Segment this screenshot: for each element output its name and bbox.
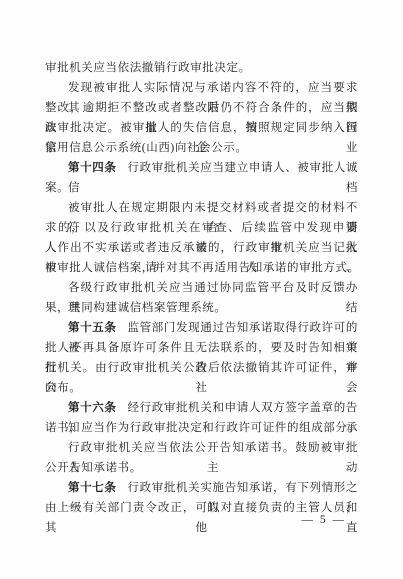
text-line: 第十四条行政审批机关应当建立申请人、被审批人诚信档 [45,158,358,178]
text-line: 第十六条经行政审批机关和申请人双方签字盖章的告知承 [45,398,358,418]
text-line: 行政审批机关应当依法公开告知承诺书。鼓励被审批人主动 [45,438,358,458]
article-number: 第十七条 [68,482,117,494]
text-line: 发现被审批人实际情况与承诺内容不符的，应当要求其限期 [45,78,358,98]
article-number: 第十四条 [68,162,117,174]
text-line: 审批机关应当依法撤销行政审批决定。 [45,58,358,78]
text-line: 人作出不实承诺或者违反承诺的，行政审批机关应当记入申请人、 [45,238,358,258]
text-line: 批人不再具备原许可条件且无法联系的，要及时告知相关行政审 [45,338,358,358]
text-line: 政审批决定。被审批人的失信信息，按照规定同步纳入国家企业 [45,118,358,138]
text-line: 诺书，应当作为行政审批决定和行政许可证件的组成部分。 [45,418,358,438]
body-text: 审批机关应当依法撤销行政审批决定。发现被审批人实际情况与承诺内容不符的，应当要求… [45,58,358,518]
article-number: 第十六条 [68,402,117,414]
article-number: 第十五条 [68,322,117,334]
text-line: 整改，逾期拒不整改或者整改后仍不符合条件的，应当依法撤销行 [45,98,358,118]
text-line: 第十七条行政审批机关实施告知承诺，有下列情形之一的， [45,478,358,498]
text-line: 批机关。由行政审批机关公告后依法撤销其许可证件，并向社会 [45,358,358,378]
text-line: 被审批人在规定期限内未提交材料或者提交的材料不符合要 [45,198,358,218]
text-line: 第十五条监管部门发现通过告知承诺取得行政许可的被审 [45,318,358,338]
page-number: — 5 — [302,514,347,526]
document-page: 审批机关应当依法撤销行政审批决定。发现被审批人实际情况与承诺内容不符的，应当要求… [0,0,403,579]
text-line: 求的，以及行政审批机关在审查、后续监管中发现申请人、被审批 [45,218,358,238]
text-line: 被审批人诚信档案，并对其不再适用告知承诺的审批方式。 [45,258,358,278]
text-line: 各级行政审批机关应当通过协同监管平台及时反馈办理结 [45,278,358,298]
